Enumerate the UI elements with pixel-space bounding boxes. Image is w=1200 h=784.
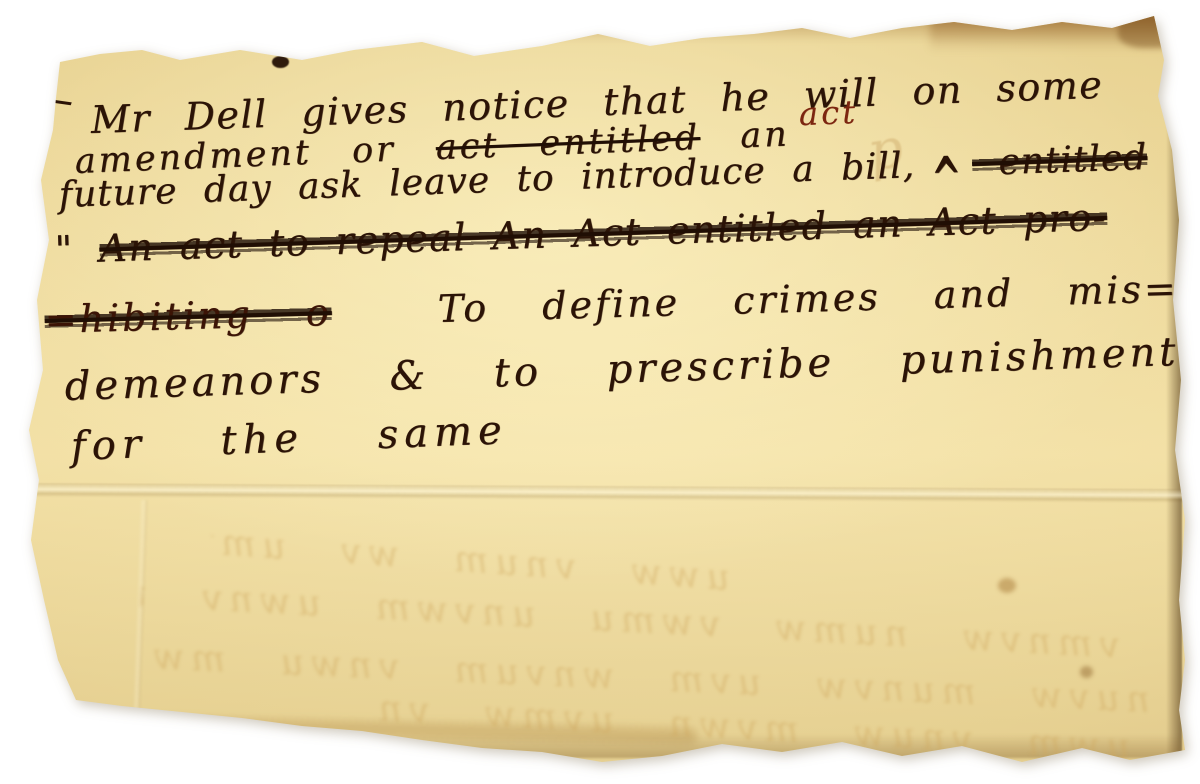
ink-speck: [562, 26, 575, 36]
handwriting-layer: — p Mr Dell gives notice that he will on…: [0, 0, 1200, 784]
scanner-background: — p Mr Dell gives notice that he will on…: [0, 0, 1200, 784]
manuscript-paper: — p Mr Dell gives notice that he will on…: [0, 0, 1200, 784]
handwritten-text: ": [54, 227, 100, 272]
handwritten-text: demeanors & to prescribe punishments: [64, 328, 1200, 410]
paper-shadow-wrap: — p Mr Dell gives notice that he will on…: [0, 0, 1200, 784]
line-5: =hibiting o To define crimes and mis=: [44, 266, 1179, 342]
line-7: for the same: [70, 407, 508, 470]
handwritten-text: To define crimes and mis=: [331, 266, 1179, 334]
struck-out-text: =hibiting o: [44, 290, 332, 342]
line-6: demeanors & to prescribe punishments: [64, 328, 1200, 410]
inserted-word-red-ink: act: [798, 93, 859, 133]
margin-dash-mark: —: [24, 67, 75, 127]
handwritten-text: for the same: [70, 407, 508, 470]
struck-out-text: entitled: [971, 137, 1148, 184]
